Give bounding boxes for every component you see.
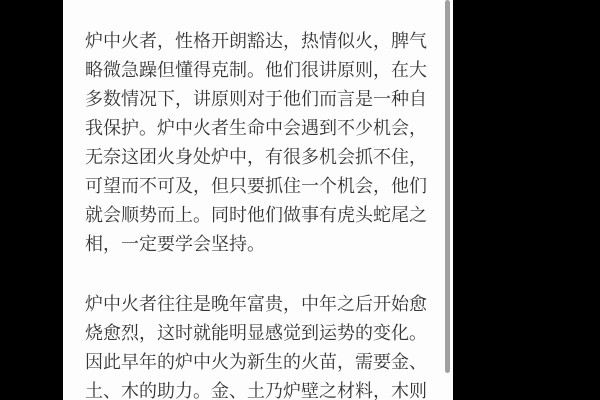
text-line: 土、木的助力。金、土乃炉壁之材料，木则	[85, 377, 431, 400]
text-line: 多数情况下，讲原则对于他们而言是一种自	[85, 85, 431, 114]
text-line: 就会顺势而上。同时他们做事有虎头蛇尾之	[85, 201, 431, 230]
document-page: 炉中火者，性格开朗豁达，热情似火，脾气略微急躁但懂得克制。他们很讲原则，在大多数…	[63, 0, 453, 400]
paragraph: 炉中火者，性格开朗豁达，热情似火，脾气略微急躁但懂得克制。他们很讲原则，在大多数…	[85, 27, 431, 259]
text-line: 我保护。炉中火者生命中会遇到不少机会，	[85, 114, 431, 143]
scrollbar-thumb[interactable]	[445, 0, 450, 373]
article-text: 炉中火者，性格开朗豁达，热情似火，脾气略微急躁但懂得克制。他们很讲原则，在大多数…	[85, 27, 431, 400]
text-line: 无奈这团火身处炉中，有很多机会抓不住，	[85, 143, 431, 172]
text-line: 炉中火者往往是晚年富贵，中年之后开始愈	[85, 290, 431, 319]
text-line: 因此早年的炉中火为新生的火苗，需要金、	[85, 348, 431, 377]
text-line: 烧愈烈，这时就能明显感觉到运势的变化。	[85, 319, 431, 348]
text-line: 可望而不可及，但只要抓住一个机会，他们	[85, 172, 431, 201]
text-line: 相，一定要学会坚持。	[85, 230, 431, 259]
viewer-background: 炉中火者，性格开朗豁达，热情似火，脾气略微急躁但懂得克制。他们很讲原则，在大多数…	[0, 0, 600, 400]
paragraph: 炉中火者往往是晚年富贵，中年之后开始愈烧愈烈，这时就能明显感觉到运势的变化。因此…	[85, 290, 431, 400]
text-line: 略微急躁但懂得克制。他们很讲原则，在大	[85, 56, 431, 85]
text-line: 炉中火者，性格开朗豁达，热情似火，脾气	[85, 27, 431, 56]
